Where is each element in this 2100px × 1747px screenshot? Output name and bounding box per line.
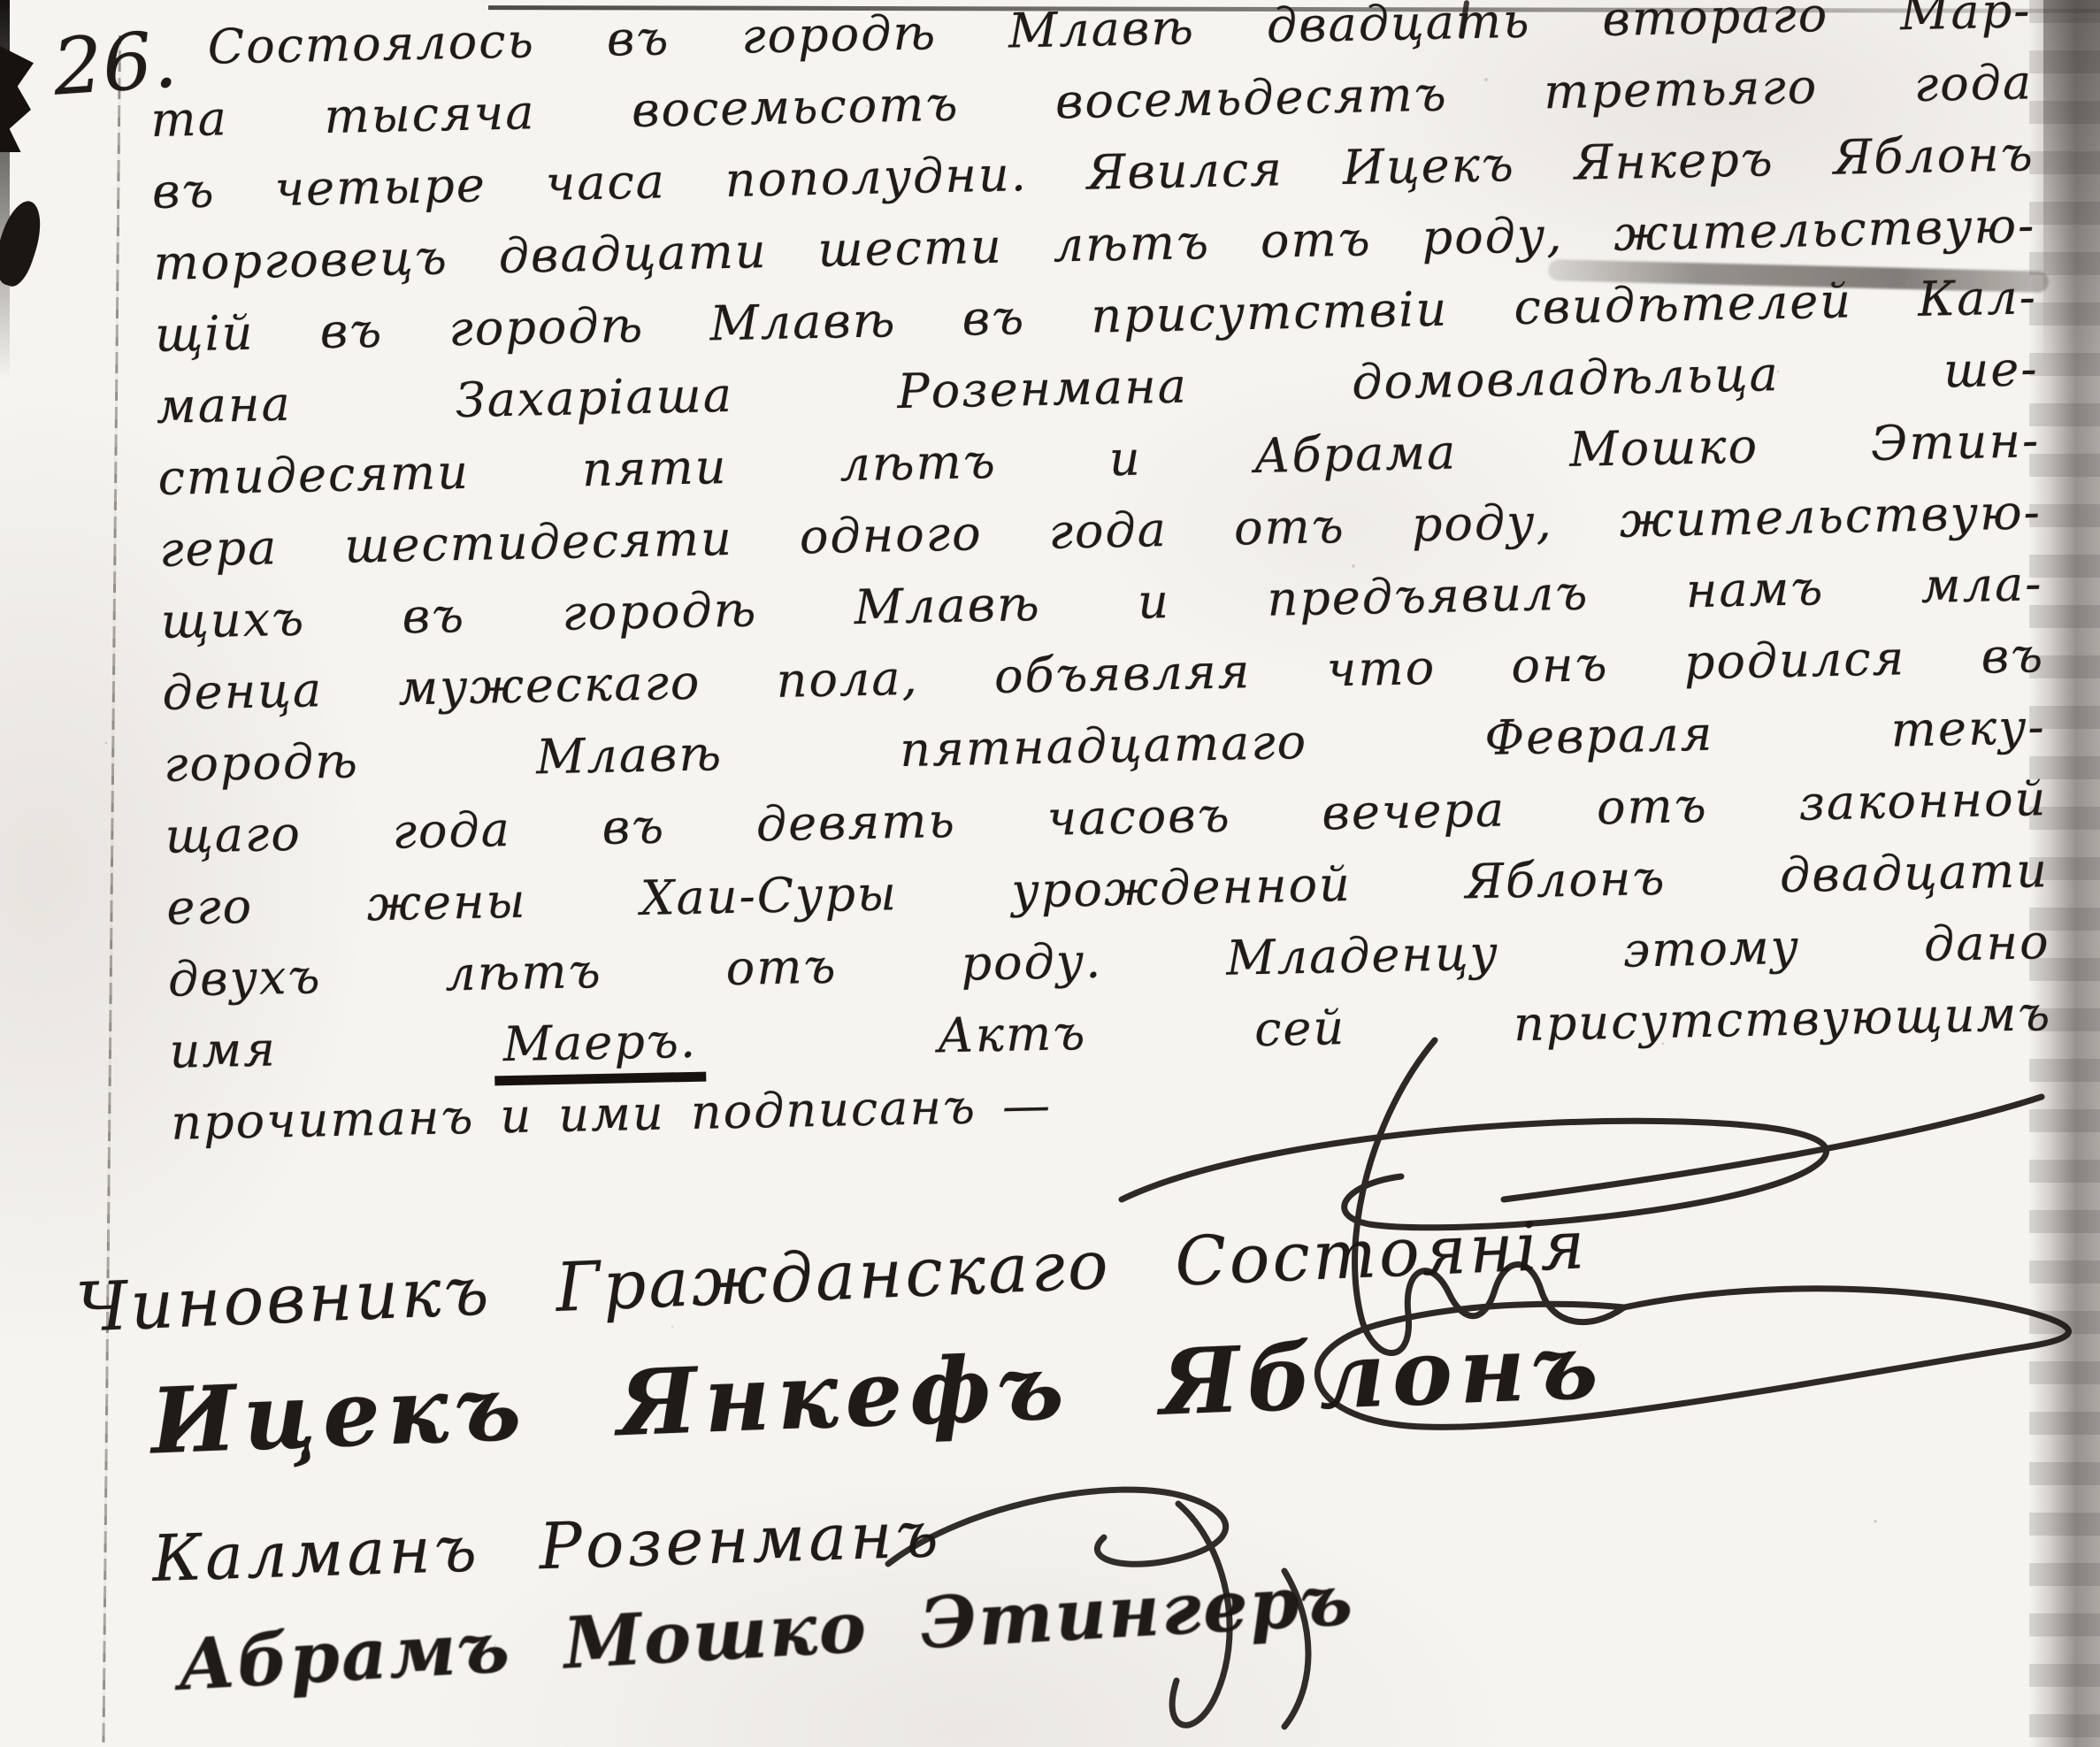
scanned-manuscript-page: 26. Состоялось въ городѣ Млавѣ двадцать … [0, 0, 2100, 1747]
signature-witness-1: Калманъ Розенманъ [151, 1497, 943, 1596]
child-name-underlined: Маеръ. [494, 1013, 707, 1086]
signature-father: Ицекъ Янкефъ Яблонъ [149, 1313, 1606, 1475]
line-15-suffix: Актъ сей присутствующимъ [937, 985, 2052, 1063]
binding-ink-blob [0, 46, 34, 152]
manuscript-body: Состоялось въ городѣ Млавѣ двадцать втор… [149, 0, 2054, 1159]
scan-edge-right-top-shadow [2043, 0, 2100, 372]
line-15-prefix: имя [169, 1021, 278, 1078]
ruled-margin-line [102, 35, 121, 1743]
